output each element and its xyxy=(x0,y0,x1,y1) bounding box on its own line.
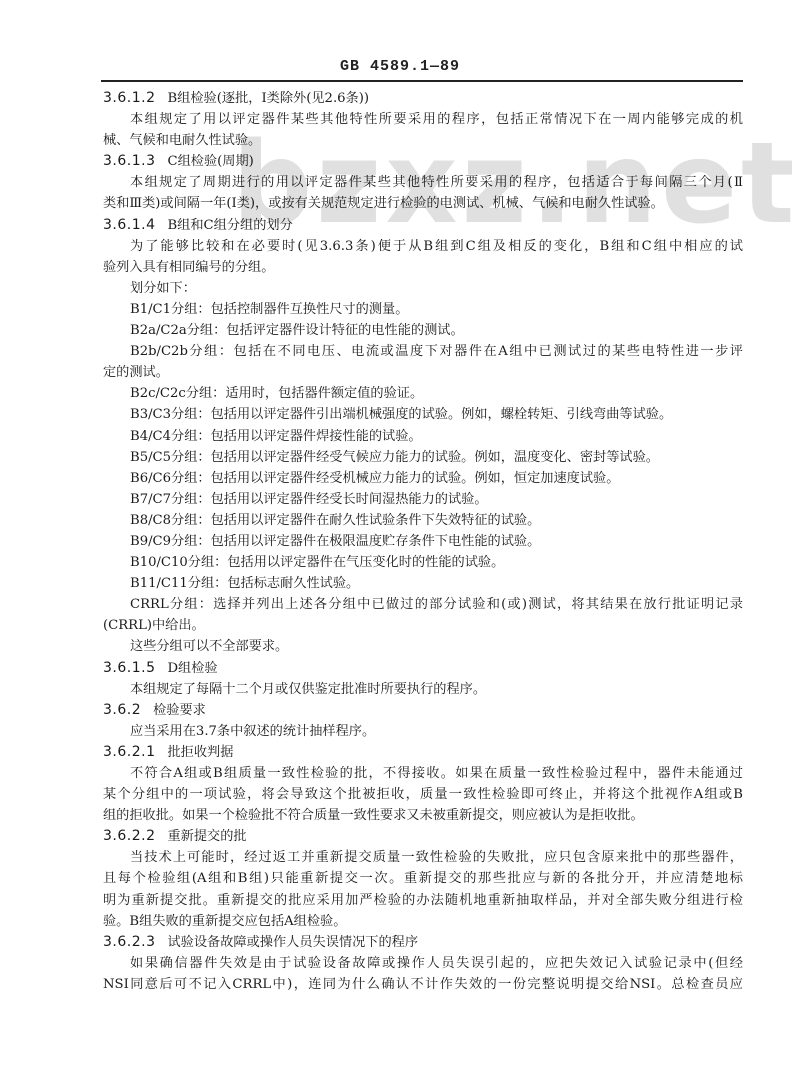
paragraph-line: B9/C9分组：包括用以评定器件在极限温度贮存条件下电性能的试验。 xyxy=(103,531,743,552)
section-heading: 3.6.1.4B组和C组分组的划分 xyxy=(103,215,743,236)
paragraph-line: 某个分组中的一项试验，将会导致这个批被拒收，质量一致性检验即可终止，并将这个批视… xyxy=(103,784,743,805)
document-body: 3.6.1.2B组检验(逐批，I类除外(见2.6条))本组规定了用以评定器件某些… xyxy=(103,88,743,995)
paragraph-line: 且每个检验组(A组和B组)只能重新提交一次。重新提交的那些批应与新的各批分开，并… xyxy=(103,868,743,889)
paragraph-line: 这些分组可以不全部要求。 xyxy=(103,636,743,657)
paragraph-line: 组的拒收批。如果一个检验批不符合质量一致性要求又未被重新提交，则应被认为是拒收批… xyxy=(103,805,743,826)
paragraph-line: B2a/C2a分组：包括评定器件设计特征的电性能的测试。 xyxy=(103,320,743,341)
section-number: 3.6.1.4 xyxy=(103,217,155,233)
section-title: C组检验(周期) xyxy=(167,154,253,169)
section-number: 3.6.1.3 xyxy=(103,153,155,169)
section-heading: 3.6.2.1批拒收判据 xyxy=(103,742,743,763)
paragraph-line: (CRRL)中给出。 xyxy=(103,615,743,636)
paragraph-line: B6/C6分组：包括用以评定器件经受机械应力能力的试验。例如，恒定加速度试验。 xyxy=(103,468,743,489)
paragraph-line: 如果确信器件失效是由于试验设备故障或操作人员失误引起的，应把失效记入试验记录中(… xyxy=(103,953,743,974)
paragraph-line: 应当采用在3.7条中叙述的统计抽样程序。 xyxy=(103,721,743,742)
section-heading: 3.6.1.3C组检验(周期) xyxy=(103,151,743,172)
paragraph-line: 本组规定了用以评定器件某些其他特性所要采用的程序，包括正常情况下在一周内能够完成… xyxy=(103,109,743,130)
header-rule xyxy=(101,80,743,82)
section-heading: 3.6.1.5D组检验 xyxy=(103,658,743,679)
section-title: B组和C组分组的划分 xyxy=(167,218,292,233)
paragraph-line: 定的测试。 xyxy=(103,362,743,383)
paragraph-line: B2b/C2b分组：包括在不同电压、电流或温度下对器件在A组中已测试过的某些电特… xyxy=(103,341,743,362)
section-title: D组检验 xyxy=(167,661,217,676)
paragraph-line: 明为重新提交批。重新提交的批应采用加严检验的办法随机地重新抽取样品，并对全部失败… xyxy=(103,890,743,911)
paragraph-line: NSI同意后可不记入CRRL中)，连同为什么确认不计作失效的一份完整说明提交给N… xyxy=(103,974,743,995)
paragraph-line: 为了能够比较和在必要时(见3.6.3条)便于从B组到C组及相反的变化，B组和C组… xyxy=(103,236,743,257)
section-heading: 3.6.2.2重新提交的批 xyxy=(103,826,743,847)
paragraph-line: B5/C5分组：包括用以评定器件经受气候应力能力的试验。例如，温度变化、密封等试… xyxy=(103,447,743,468)
paragraph-line: B1/C1分组：包括控制器件互换性尺寸的测量。 xyxy=(103,299,743,320)
paragraph-line: B8/C8分组：包括用以评定器件在耐久性试验条件下失效特征的试验。 xyxy=(103,510,743,531)
section-heading: 3.6.2检验要求 xyxy=(103,700,743,721)
section-number: 3.6.2.1 xyxy=(103,744,155,760)
document-header: GB 4589.1—89 xyxy=(0,58,800,75)
section-heading: 3.6.2.3试验设备故障或操作人员失误情况下的程序 xyxy=(103,932,743,953)
section-heading: 3.6.1.2B组检验(逐批，I类除外(见2.6条)) xyxy=(103,88,743,109)
section-title: 批拒收判据 xyxy=(167,745,233,760)
paragraph-line: 本组规定了周期进行的用以评定器件某些其他特性所要采用的程序，包括适合于每间隔三个… xyxy=(103,172,743,193)
section-title: 重新提交的批 xyxy=(167,829,246,844)
paragraph-line: 本组规定了每隔十二个月或仅供鉴定批准时所要执行的程序。 xyxy=(103,679,743,700)
section-number: 3.6.2.3 xyxy=(103,934,155,950)
paragraph-line: CRRL分组：选择并列出上述各分组中已做过的部分试验和(或)测试，将其结果在放行… xyxy=(103,594,743,615)
section-title: 试验设备故障或操作人员失误情况下的程序 xyxy=(167,935,418,950)
section-number: 3.6.1.2 xyxy=(103,90,155,106)
section-title: 检验要求 xyxy=(153,703,206,718)
paragraph-line: B10/C10分组：包括用以评定器件在气压变化时的性能的试验。 xyxy=(103,552,743,573)
paragraph-line: 当技术上可能时，经过返工并重新提交质量一致性检验的失败批，应只包含原来批中的那些… xyxy=(103,847,743,868)
section-number: 3.6.1.5 xyxy=(103,660,155,676)
paragraph-line: B11/C11分组：包括标志耐久性试验。 xyxy=(103,573,743,594)
paragraph-line: B3/C3分组：包括用以评定器件引出端机械强度的试验。例如，螺栓转矩、引线弯曲等… xyxy=(103,404,743,425)
paragraph-line: 划分如下： xyxy=(103,278,743,299)
section-number: 3.6.2.2 xyxy=(103,828,155,844)
paragraph-line: 不符合A组或B组质量一致性检验的批，不得接收。如果在质量一致性检验过程中，器件未… xyxy=(103,763,743,784)
paragraph-line: 验列入具有相同编号的分组。 xyxy=(103,257,743,278)
paragraph-line: B4/C4分组：包括用以评定器件焊接性能的试验。 xyxy=(103,426,743,447)
paragraph-line: 械、气候和电耐久性试验。 xyxy=(103,130,743,151)
section-number: 3.6.2 xyxy=(103,702,141,718)
paragraph-line: 类和Ⅲ类)或间隔一年(Ⅰ类)，或按有关规范规定进行检验的电测试、机械、气候和电耐… xyxy=(103,193,743,214)
paragraph-line: B7/C7分组：包括用以评定器件经受长时间湿热能力的试验。 xyxy=(103,489,743,510)
section-title: B组检验(逐批，I类除外(见2.6条)) xyxy=(167,91,369,106)
paragraph-line: B2c/C2c分组：适用时，包括器件额定值的验证。 xyxy=(103,383,743,404)
paragraph-line: 验。B组失败的重新提交应包括A组检验。 xyxy=(103,911,743,932)
